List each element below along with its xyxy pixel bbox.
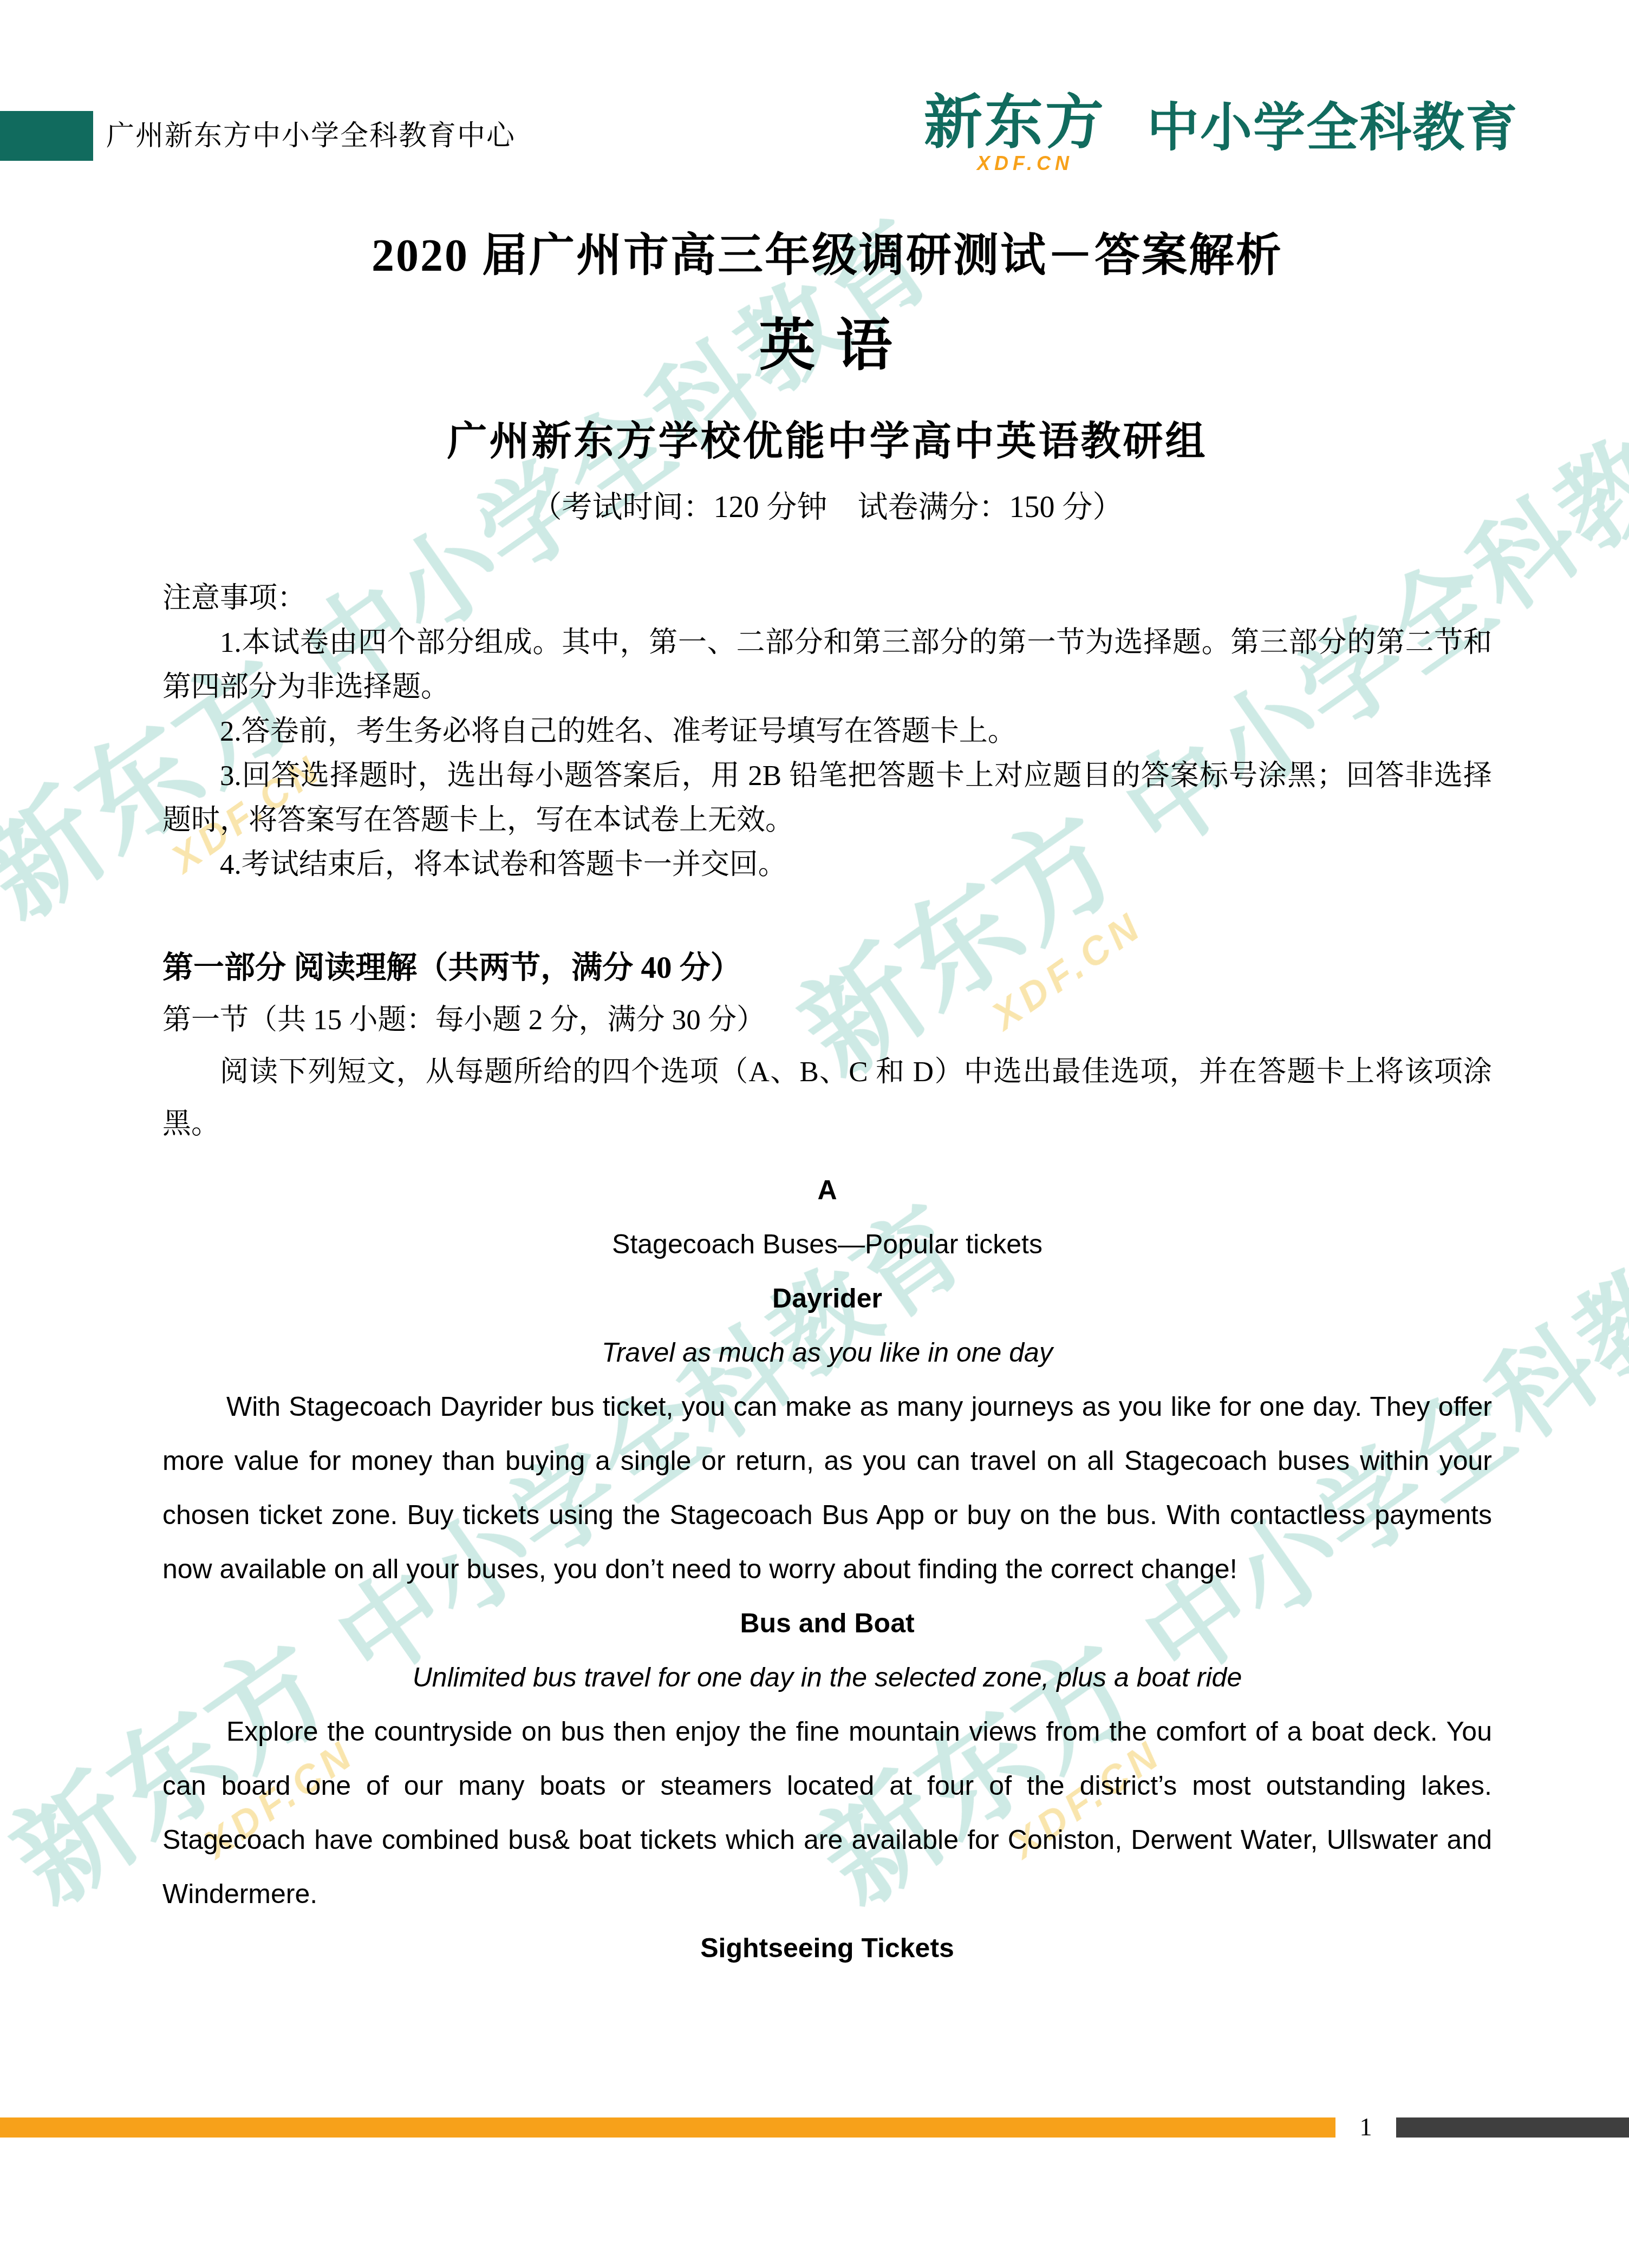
footer-orange-bar — [0, 2117, 1335, 2138]
note-item: 1.本试卷由四个部分组成。其中，第一、二部分和第三部分的第一节为选择题。第三部分… — [162, 620, 1492, 709]
passage-label: A — [162, 1163, 1492, 1217]
ticket-heading-dayrider: Dayrider — [162, 1271, 1492, 1325]
exam-info-line: （考试时间：120 分钟 试卷满分：150 分） — [162, 488, 1492, 526]
ticket-tagline-dayrider: Travel as much as you like in one day — [162, 1325, 1492, 1380]
ticket-heading-sightseeing: Sightseeing Tickets — [162, 1921, 1492, 1975]
notes-heading: 注意事项： — [162, 576, 1492, 620]
ticket-body-dayrider: With Stagecoach Dayrider bus ticket, you… — [162, 1380, 1492, 1596]
ticket-heading-bus-and-boat: Bus and Boat — [162, 1596, 1492, 1650]
notes-section: 注意事项： 1.本试卷由四个部分组成。其中，第一、二部分和第三部分的第一节为选择… — [162, 576, 1492, 887]
note-item: 2.答卷前，考生务必将自己的姓名、准考证号填写在答题卡上。 — [162, 709, 1492, 754]
brand-color-block — [0, 111, 93, 161]
ticket-tagline-bus-and-boat: Unlimited bus travel for one day in the … — [162, 1650, 1492, 1704]
document-page: 新东方 XDF.CN 中小学全科教育 新东方 XDF.CN 中小学全科教育 新东… — [0, 0, 1629, 2268]
research-group-line: 广州新东方学校优能中学高中英语教研组 — [162, 418, 1492, 466]
document-content: 2020 届广州市高三年级调研测试－答案解析 英 语 广州新东方学校优能中学高中… — [162, 0, 1492, 1975]
note-item: 4.考试结束后，将本试卷和答题卡一并交回。 — [162, 842, 1492, 887]
footer-dark-bar — [1396, 2117, 1629, 2138]
part1-heading: 第一部分 阅读理解（共两节，满分 40 分） — [162, 942, 1492, 994]
document-title: 2020 届广州市高三年级调研测试－答案解析 — [162, 227, 1492, 284]
page-number: 1 — [1335, 2113, 1396, 2141]
ticket-body-bus-and-boat: Explore the countryside on bus then enjo… — [162, 1704, 1492, 1921]
subject-title: 英 语 — [162, 314, 1492, 379]
reading-passage-a: A Stagecoach Buses—Popular tickets Dayri… — [162, 1163, 1492, 1975]
note-item: 3.回答选择题时，选出每小题答案后，用 2B 铅笔把答题卡上对应题目的答案标号涂… — [162, 754, 1492, 842]
section1-heading: 第一节（共 15 小题：每小题 2 分，满分 30 分） — [162, 994, 1492, 1046]
passage-title: Stagecoach Buses—Popular tickets — [162, 1217, 1492, 1271]
section1-instructions: 阅读下列短文，从每题所给的四个选项（A、B、C 和 D）中选出最佳选项，并在答题… — [162, 1046, 1492, 1150]
